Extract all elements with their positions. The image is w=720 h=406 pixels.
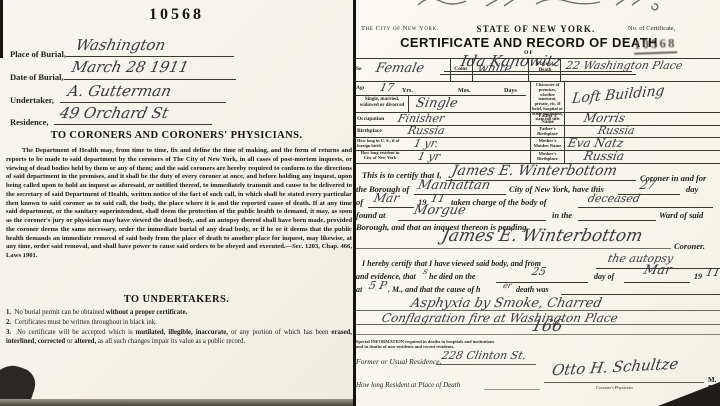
death-month-value: Mar: [643, 264, 673, 277]
physician-title: Coroner's Physician: [596, 385, 633, 390]
item-text: or any portion of which has been: [228, 329, 331, 336]
physician-cert-line2c: day of: [594, 272, 614, 281]
rule: [436, 364, 536, 365]
coroner-signature: James E. Winterbottom: [440, 228, 644, 245]
fathers-name-label: Father's Name: [532, 114, 563, 125]
burial-certificate-number: 10568: [0, 6, 353, 24]
mos-label: Mos.: [458, 88, 471, 95]
occupation-value: Finisher: [397, 113, 446, 124]
note-number: 166: [530, 318, 564, 334]
coroner-cert-line4a: found at: [356, 210, 386, 220]
yrs-label: Yrs.: [402, 88, 413, 95]
special-information-line2: and in deaths of non-residents and recen…: [356, 344, 455, 349]
mothers-birthplace-label: Mother's Birthplace: [532, 151, 563, 161]
physician-cert-line3b: . M., and that the cause of h: [388, 285, 480, 294]
how-long-us-value: 1 yr.: [413, 138, 440, 149]
left-page: 10568 Place of Burial, Washington Date o…: [0, 0, 353, 406]
grid-line: [472, 58, 473, 81]
physician-cert-line2b: he died on the: [429, 272, 475, 281]
former-residence-value: 228 Clinton St.: [441, 350, 527, 361]
certificate-number-stamp: 10568: [634, 35, 677, 54]
item-text: Certificates must be written throughout …: [15, 319, 157, 326]
rule: [60, 102, 226, 103]
residence-label: Residence,: [10, 117, 48, 127]
field-place-of-burial: Place of Burial,: [10, 44, 66, 62]
coroner-cert-line2c: day: [686, 184, 698, 194]
her-insert: er: [502, 282, 512, 290]
handwritten-scrawl-cut: [416, 0, 676, 11]
rule: [561, 294, 720, 295]
how-long-resident-label: How long Resident at Place of Death: [356, 381, 460, 389]
field-residence: Residence,: [10, 112, 48, 130]
rule: [440, 74, 636, 75]
cause-of-death-line1: Asphyxia by Smoke, Charred: [410, 297, 603, 310]
sex-label-cut: Sex: [356, 66, 362, 72]
item-text-bold: mutilated, illegible, inaccurate,: [136, 329, 228, 336]
rule: [368, 207, 414, 208]
coroner-signature-title: Coroner.: [674, 241, 705, 251]
physician-cert-line3a: at: [356, 285, 362, 294]
rule: [54, 124, 212, 125]
rule: [578, 220, 656, 221]
occupation-label: Occupation: [357, 116, 384, 122]
item-text: as all such changes impair its value as …: [96, 338, 245, 345]
she-insert: s: [422, 268, 429, 277]
death-certificate-scan: 10568 Place of Burial, Washington Date o…: [0, 0, 720, 406]
color-label: Color: [451, 66, 471, 72]
how-long-nyc-label: How long resident in City of New York: [357, 151, 403, 161]
place-of-death-label: Place of Death: [531, 62, 559, 73]
grid-line: [560, 58, 561, 81]
rule: [624, 282, 690, 283]
mothers-birthplace-value: Russia: [583, 150, 626, 162]
date-of-burial-value: March 28 1911: [70, 60, 190, 75]
rule: [64, 79, 236, 80]
physician-cert-line3c: death was: [516, 285, 549, 294]
special-information-line1: Special INFORMATION required in deaths i…: [356, 339, 494, 344]
item-text-bold: altered,: [74, 338, 96, 345]
coroner-cert-line3a: of: [356, 197, 363, 207]
item-text-bold: without a proper certificate.: [106, 309, 187, 316]
field-undertaker: Undertaker,: [10, 90, 54, 108]
death-hour-value: 5 P: [368, 280, 388, 291]
death-day-value: 25: [531, 266, 547, 277]
physician-signature: Otto H. Schultze: [551, 357, 680, 379]
rule: [398, 220, 546, 221]
how-long-nyc-value: 1 yr: [417, 151, 441, 162]
certificate-number-label: No. of Certificate,: [628, 25, 675, 32]
fathers-name-value: Morris: [583, 112, 627, 124]
undertakers-item-2: 2. Certificates must be written througho…: [6, 319, 352, 328]
premises-value: Loft Building: [571, 84, 665, 106]
place-of-death-value: 22 Washington Place: [565, 60, 684, 71]
sex-value: Female: [375, 62, 426, 75]
grid-line: [408, 95, 409, 112]
coroners-section-heading: TO CORONERS AND CORONERS' PHYSICIANS.: [0, 130, 353, 141]
cause-of-death-line2: Conflagration fire at Washington Place: [381, 312, 619, 324]
birthplace-value: Russia: [407, 125, 446, 136]
color-value: white: [477, 62, 513, 74]
scan-edge-artifact: [0, 399, 353, 406]
death-year-value: 11: [705, 267, 720, 278]
found-at-value: Morgue: [413, 204, 468, 217]
borough-value: Manhattan: [417, 179, 492, 192]
death-year-printed: 19: [694, 272, 702, 281]
grid-line: [528, 58, 529, 81]
body-of-value: deceased: [587, 193, 641, 204]
undertakers-section-heading: TO UNDERTAKERS.: [0, 294, 353, 305]
undertaker-label: Undertaker,: [10, 95, 54, 105]
marital-value: Single: [415, 97, 459, 110]
days-label: Days: [504, 88, 517, 95]
grid-line: [564, 81, 565, 163]
item-number: 3.: [6, 329, 11, 336]
month-taken-value: Mar: [373, 192, 401, 204]
marital-label: Single, married, widowed or divorced: [357, 97, 407, 108]
undertaker-value: A. Gutterman: [66, 84, 172, 99]
right-page: The City of New York. STATE OF NEW YORK.…: [353, 0, 720, 406]
item-number: 1.: [6, 309, 11, 316]
undertakers-item-1: 1. No burial permit can be obtained with…: [6, 309, 352, 318]
rule: [578, 207, 713, 208]
grid-line: [530, 81, 531, 163]
coroner-cert-line4b: in the: [552, 210, 572, 220]
day-taken-value: 27: [639, 179, 657, 191]
coroner-cert-line4c: Ward of said: [659, 210, 703, 220]
place-of-burial-label: Place of Burial,: [10, 49, 66, 59]
rule: [484, 389, 540, 390]
mothers-maiden-name-label: Mother's Maiden Name: [532, 138, 563, 148]
birthplace-label: Birthplace: [357, 128, 382, 134]
how-long-us-label: How long in U. S., if of foreign birth: [357, 139, 403, 149]
rule: [356, 334, 720, 335]
item-text: No burial permit can be obtained: [15, 309, 106, 316]
age-label-cut: Age: [356, 85, 364, 91]
physician-cert-line1: I hereby certify that I have viewed said…: [362, 259, 541, 268]
item-text: No certificate will be accepted which is: [17, 329, 136, 336]
item-text: or: [65, 338, 74, 345]
age-value: 17: [379, 82, 395, 93]
undertakers-item-3: 3. No certificate will be accepted which…: [6, 329, 352, 347]
place-of-burial-value: Washington: [74, 38, 166, 53]
coroner-name-handwritten: James E. Winterbottom: [451, 164, 619, 178]
date-of-burial-label: Date of Burial,: [10, 72, 64, 82]
rule: [414, 194, 506, 195]
former-residence-label: Former or Usual Residence,: [356, 357, 441, 366]
field-date-of-burial: Date of Burial,: [10, 67, 64, 85]
coroners-section-body: The Department of Health may, from time …: [6, 147, 352, 261]
fathers-birthplace-value: Russia: [597, 125, 636, 136]
item-number: 2.: [6, 319, 11, 326]
fathers-birthplace-label: Father's Birthplace: [532, 126, 563, 136]
page-corner-fold-artifact: [658, 382, 720, 406]
mothers-maiden-name-value: Eva Natz: [567, 137, 625, 149]
residence-value: 49 Orchard St: [58, 106, 169, 121]
rule: [66, 56, 234, 57]
rule: [356, 248, 671, 249]
